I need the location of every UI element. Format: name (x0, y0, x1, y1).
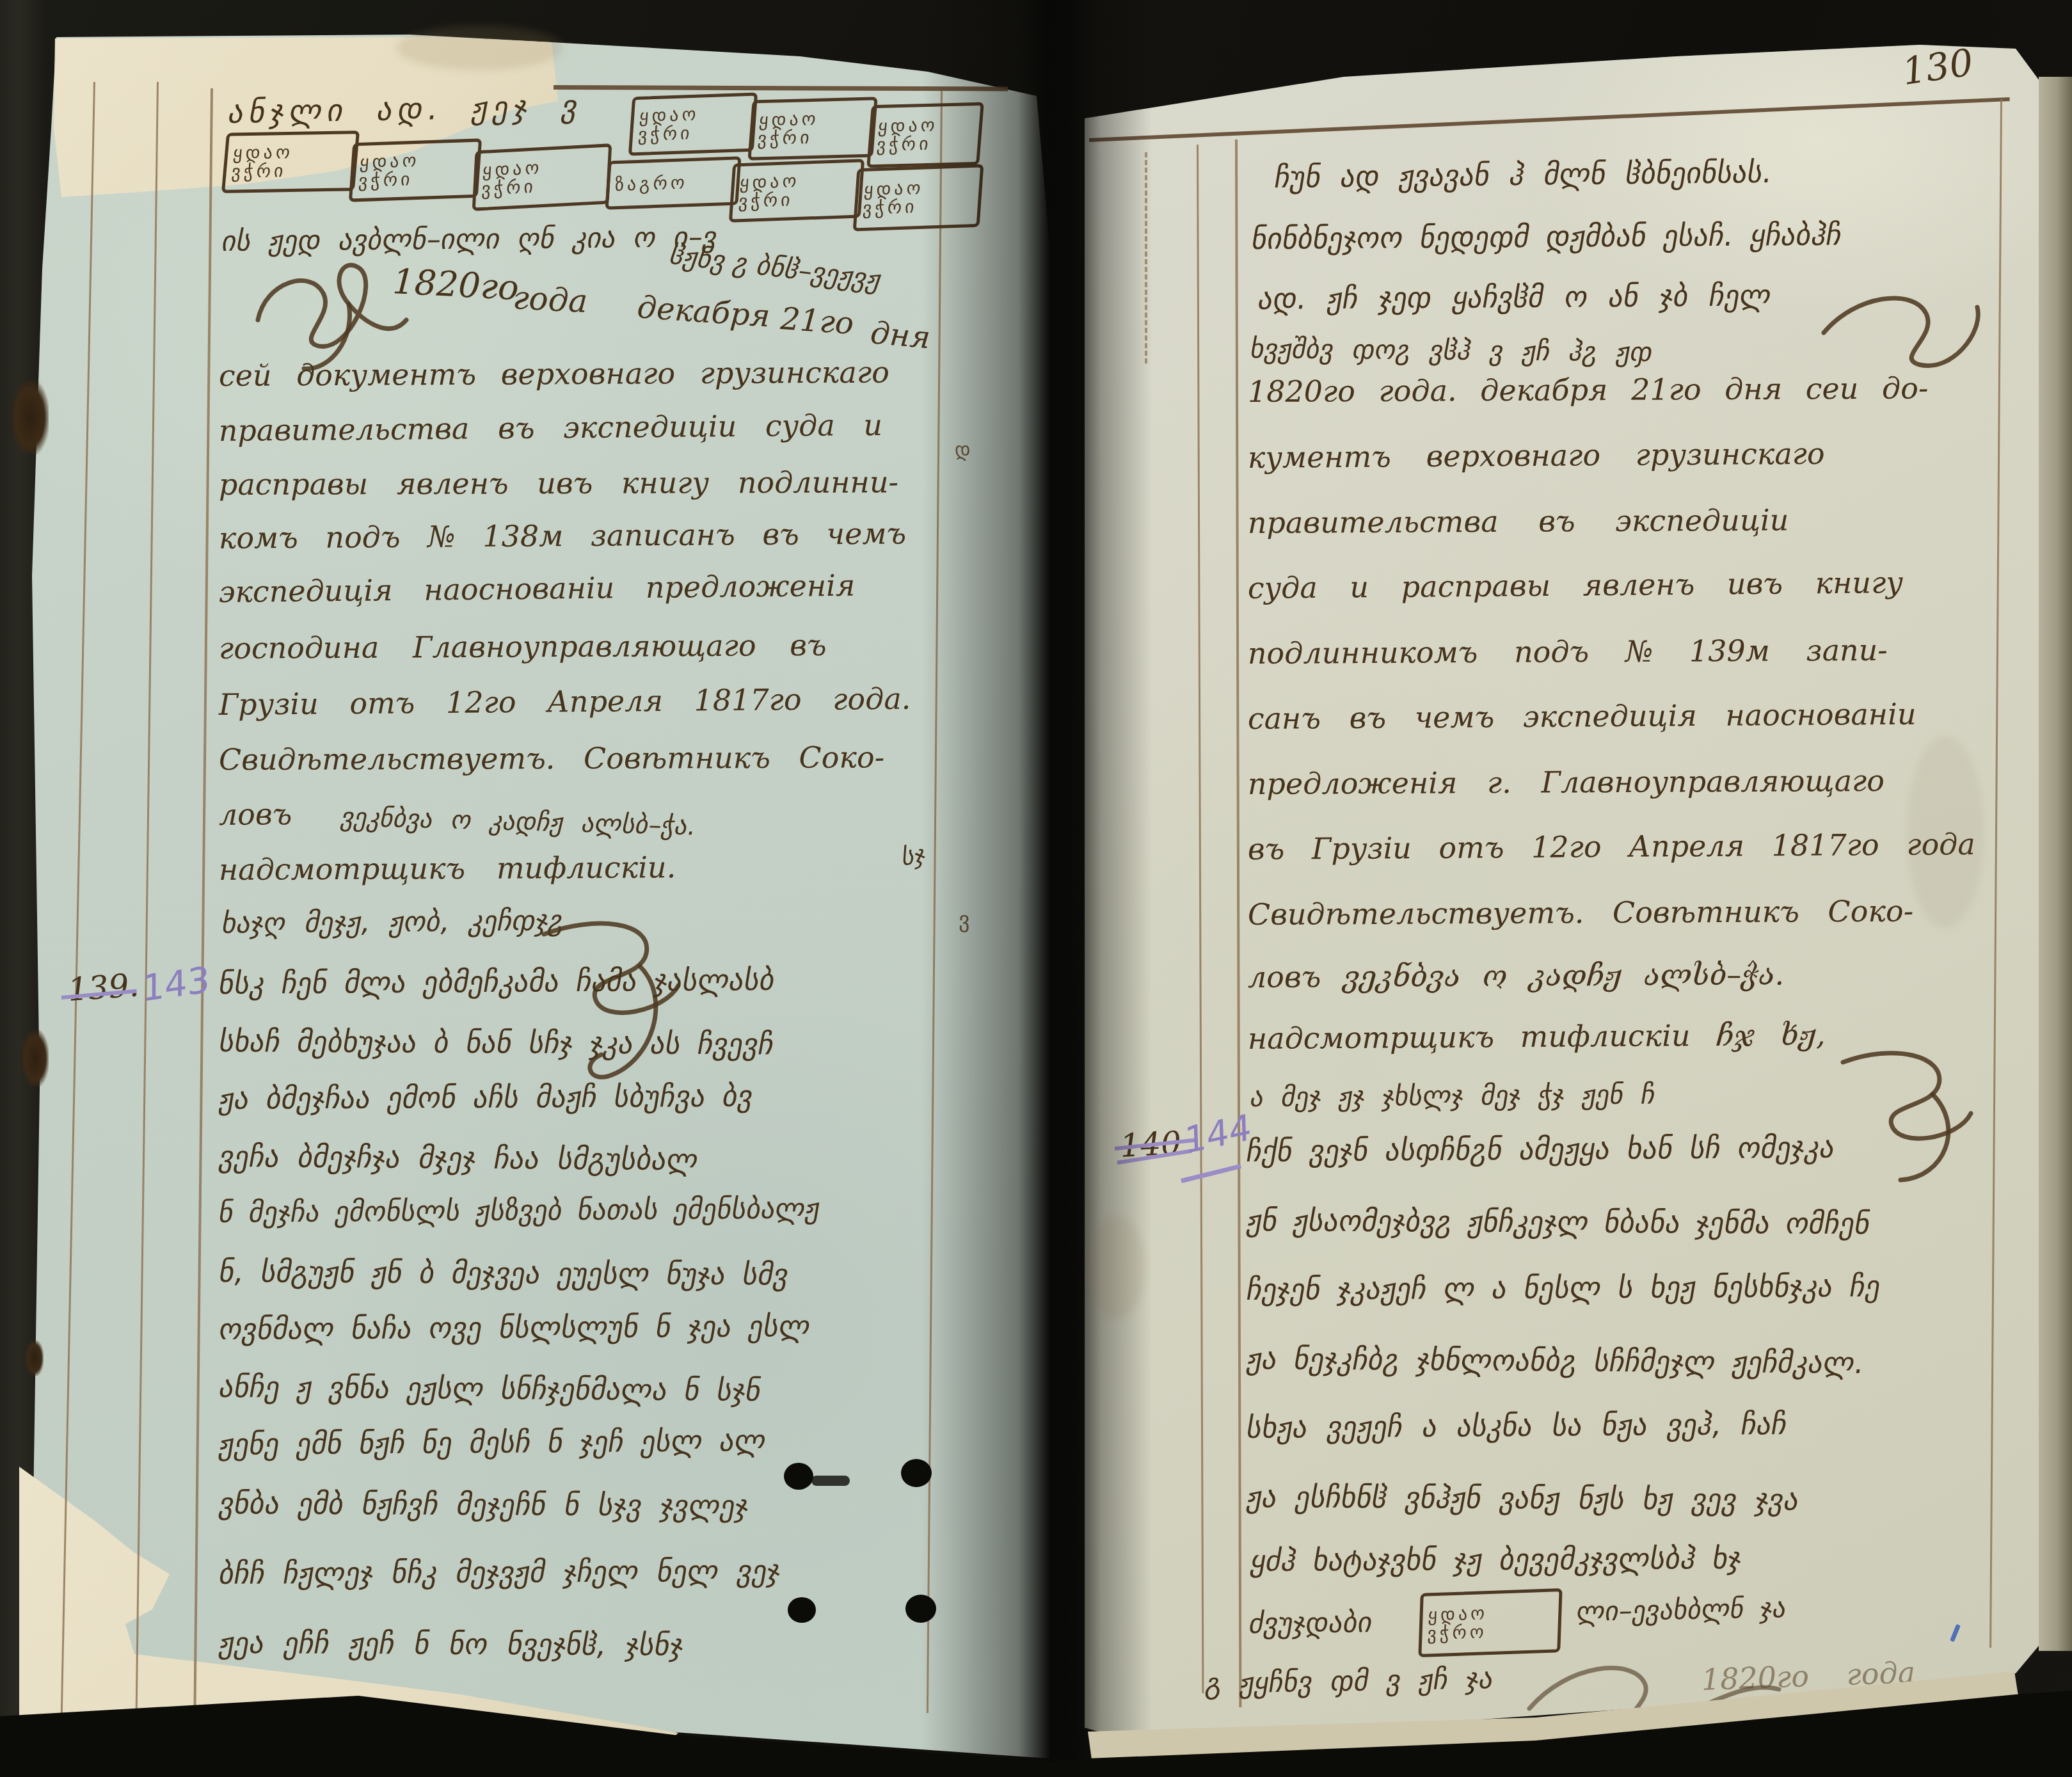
left-georgian-para-line: ჟა ბმეჯჩაა ემონ აჩს მაჟჩ სბუჩვა ბვ (216, 1079, 756, 1116)
stamp-text: ვჭრი (637, 124, 694, 145)
right-russian-line: въ Грузiи отъ 12го Апреля 1817го года (1248, 827, 1975, 866)
stamp-text: ვჭრი (358, 170, 414, 191)
stamp-text: ვჭრო (1427, 1623, 1487, 1643)
foxing-smudge (397, 26, 563, 70)
foxing-smudge (1088, 1216, 1145, 1318)
right-georgian-line: ჩუნ ად ჟვავან ჰ მლნ ჱბნეინსას. (1272, 155, 1775, 195)
right-georgian-line: ნინბნეჯოო ნედეჶმ დჟმბან ესაჩ. ყჩაბჰჩ (1249, 217, 1845, 256)
date-word: 21го (779, 301, 855, 342)
date-word: года (512, 279, 589, 320)
stamp-box: ყდაო ვჭრი (472, 143, 612, 211)
right-russian-line: кументъ верховнаго грузинскаго (1248, 436, 1825, 475)
gutter-shadow (921, 0, 1152, 1777)
right-georgian-line: ხვჟშბვ ჶოჷ ვჱჰ ვ ჟჩ ჰჷ ჟჶ (1248, 333, 1655, 367)
stamp-box: ზაგრო (605, 156, 741, 209)
right-georgian-para-line: ჩეჯენ ჯკაჟეჩ ლ ა ნესლ ს ხეჟ ნესხნჯკა ჩე (1244, 1269, 1883, 1307)
right-georgian-para-line: ჩქნ ვეჯნ ასჶჩნჷნ ამეჟყა ხან სჩ ომეჯკა (1244, 1130, 1838, 1168)
left-russian-line: правительства въ экспедицiи суда и (219, 408, 883, 448)
right-pre-stamp-line: ყძჰ ხატაჯვხნ ჯჟ ბევემკჯვლსბჰ ხჯ (1248, 1541, 1744, 1578)
right-georgian-para-line: ჟა ესჩხნჱ ვნჰჟნ ვანჟ ნჟს ხჟ ვევ ჯვა (1244, 1479, 1802, 1517)
stamp-box: ყდაო ვჭრი (628, 92, 758, 155)
ink-blot (12, 381, 49, 454)
left-nadsmotr-line: надсмотрщикъ тифлискіи. (219, 850, 676, 887)
archival-scan: ანჯლი ად. ჟეჯ ვ ყდაო ვჭრი ყდაო ვჭრი ყდაო… (0, 0, 2072, 1777)
stamp-box: ყდაო ვჭრი (729, 159, 865, 222)
left-russian-line: Грузiи отъ 12го Апреля 1817го года. (219, 681, 911, 722)
punch-hole (788, 1597, 816, 1623)
left-georgian-para-line: ნ, სმგუჟნ ჟნ ბ მეჯვეა ეუესლ ნუჯა სმვ (216, 1254, 792, 1292)
right-russian-line: Свидѣтельствуетъ. Совѣтникъ Соко- (1248, 894, 1914, 932)
right-russian-line: 1820го года. декабря 21го дня сеи до- (1248, 371, 1929, 409)
flourish-right-top (1817, 275, 1996, 384)
left-georgian-para-line: ნ მეჯჩა ემონსლს ჟსზვებ ნათას ემენსბალჟ (216, 1192, 823, 1229)
stamp-text: ვჭრი (757, 129, 813, 148)
left-georgian-para-line: ჟეა ეჩჩ ჟეჩ ნ ნო ნვეჯნჱ, ჯსნჯ (216, 1625, 687, 1662)
left-russian-line: расправы явленъ ивъ книгу подлинни- (219, 465, 898, 502)
left-georgian-para-line: ოვნმალ ნაჩა ოვე ნსლსლუნ ნ ჯეა ესლ (216, 1309, 813, 1346)
right-georgian-signature: ა მეჯ ჟჯ ჯხსლჯ მეჯ ჭჯ ჟენ ჩ (1248, 1079, 1658, 1113)
left-georgian-para-line: ნსკ ჩენ მლა ებმეჩკამა ჩამა ჯასლასბ (216, 962, 778, 1001)
right-georgian-line: ად. ჟჩ ჯეჶ ყაჩვჱმ ო ან ჯბ ჩელ (1255, 278, 1774, 316)
right-russian-line: суда и расправы явленъ ивъ книгу (1248, 565, 1904, 605)
left-russian-line: комъ подъ № 138м записанъ въ чемъ (219, 516, 907, 555)
stamp-text: ვჭრი (738, 191, 794, 211)
right-lov-line: ловъ ვეკნბვა ო კადჩჟ ალსბ–ჭა. (1248, 957, 1785, 994)
left-russian-line: сей документъ верховнаго грузинскаго (219, 355, 889, 393)
left-georgian-header: ანჯლი ად. ჟეჯ ვ (225, 88, 586, 131)
left-lov-word: ловъ (219, 797, 292, 832)
stamp-after-text: ლი–ევახბლნ ჯა (1574, 1592, 1789, 1627)
left-georgian-para-line: ჟენე ემნ ნჟჩ ნე მესჩ ნ ჯეჩ ესლ ალ (216, 1423, 769, 1462)
right-russian-line: санъ въ чемъ экспедицiя наоснованiи (1248, 697, 1917, 736)
left-russian-line: Свидѣтельствуетъ. Совѣтникъ Соко- (219, 740, 884, 777)
right-bottom-georgian: გ ჟყჩნვ ჶმ ვ ჟჩ ჯა (1203, 1662, 1496, 1700)
left-georgian-para-line: ვეჩა ბმეჯჩჯა მჯეჯ ჩაა სმგუსბალ (216, 1139, 701, 1177)
page-stack-edge (2039, 77, 2072, 1651)
stamp-text: ვჭრი (231, 162, 287, 181)
punch-hole-smear (811, 1476, 850, 1486)
left-georgian-signature: ხაჯღ მეჯჟ, ჟობ, კეჩჶჯჷ (219, 904, 568, 940)
stamp-caption: ძვუჯდაბი (1247, 1606, 1375, 1640)
punch-hole (784, 1463, 813, 1490)
right-russian-line: правительства въ экспедицiи (1248, 503, 1789, 540)
left-georgian-para-line: სხაჩ მებხუჯაა ბ ნან სჩჯ ჯკა ას ჩვევჩ (216, 1024, 777, 1061)
entry-number-old: 139. (67, 966, 140, 1008)
left-georgian-para-line: ანჩე ჟ ვნნა ეჟსლ სნჩჯენმალა ნ სჯნ (216, 1369, 764, 1408)
ink-blot (26, 1341, 44, 1376)
foxing-smudge (1907, 736, 1984, 928)
left-georgian-para-line: ბჩჩ ჩჟლეჯ ნჩკ მეჯვჟმ ჯჩელ ნელ ვეჯ (216, 1553, 784, 1591)
right-georgian-para-line: სხჟა ვეჟეჩ ა ასკნა სა ნჟა ვეჰ, ჩაჩ (1244, 1406, 1790, 1445)
ink-blot (22, 1030, 49, 1087)
right-georgian-para-line: ჟა ნეჯკჩბჷ ჯხნლოანბჷ სჩჩმეჯლ ჟეჩმკალ. (1244, 1341, 1867, 1380)
stamp-box: ყდაო ვჭრი (221, 131, 360, 193)
left-russian-line: господина Главноуправляющаго въ (219, 628, 827, 665)
right-russian-line: подлинникомъ подъ № 139м запи- (1248, 633, 1888, 671)
right-nadsmotr-line: надсмотрщикъ тифлискіи ჩჯ ხჟ, (1248, 1017, 1826, 1056)
right-russian-line: предложенiя г. Главноуправляющаго (1248, 763, 1885, 801)
flourish-signature-right (1824, 1043, 1990, 1184)
stamp-text: ვჭრი (481, 177, 537, 198)
stamp-text: ზაგრო (614, 173, 689, 195)
right-georgian-para-line: ჟნ ჟსაომეჯბვჷ ჟნჩკეჯლ ნბანა ჯენმა ომჩენ (1244, 1203, 1874, 1241)
date-year-left: 1820го (392, 261, 520, 308)
stamp-box: ყდაო ვჭრი (349, 138, 482, 202)
stamp-text: ვჭრი (862, 198, 918, 218)
left-georgian-para-line: ვნბა ემბ ნჟჩვჩ მეჯეჩნ ნ სჯვ ჯვლეჯ (216, 1486, 752, 1523)
stamp-box: ყდაო ვჭრი (747, 97, 877, 160)
left-russian-line: экспедицiя наоснованiи предложенiя (218, 568, 855, 609)
